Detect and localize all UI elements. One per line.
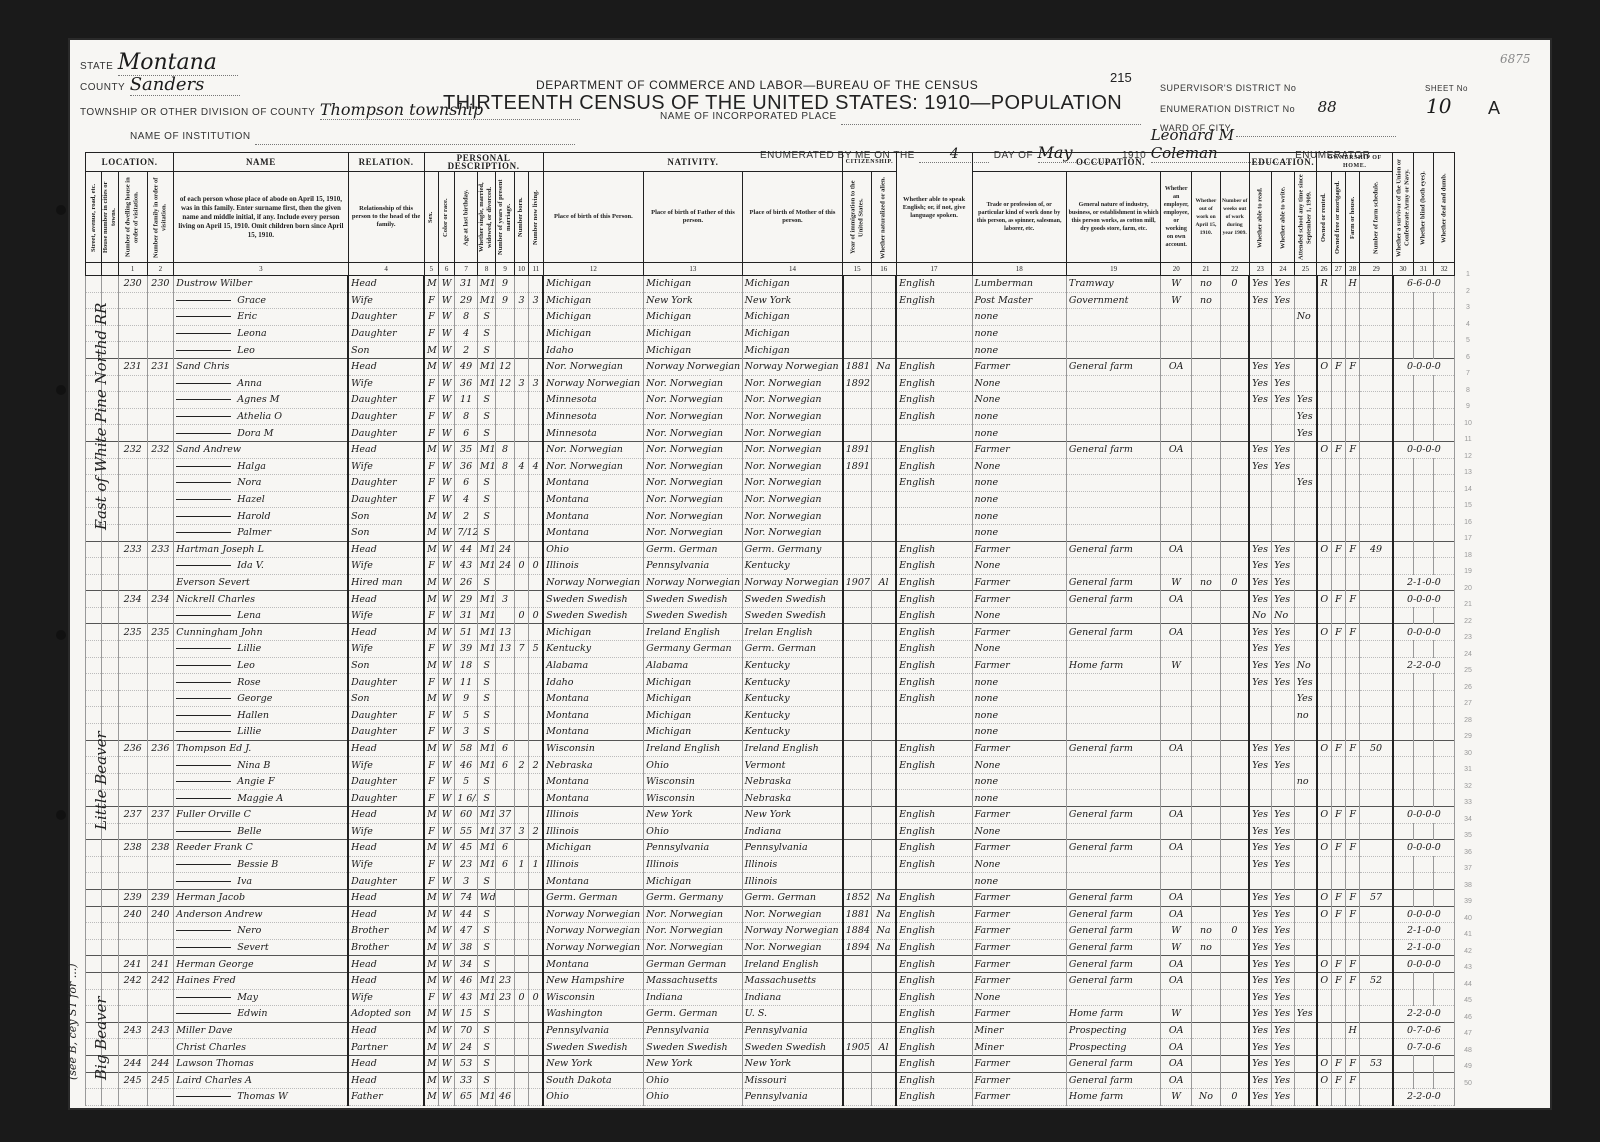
cell-f: [147, 823, 174, 840]
table-row: HallenDaughterFW5SMontanaMichiganKentuck…: [86, 707, 1455, 724]
cell-imm: [843, 508, 872, 525]
table-row: Christ CharlesPartnerMW24SSweden Swedish…: [86, 1039, 1455, 1056]
cell-nat: [871, 392, 896, 409]
cell-oow: [1192, 1039, 1221, 1056]
incorporated-place-field: NAME OF INCORPORATED PLACE: [660, 106, 1141, 125]
cell-ind: Home farm: [1066, 657, 1160, 674]
cell-ind: [1066, 724, 1160, 741]
cell-fpob: Sweden Swedish: [644, 591, 743, 608]
cell-mpob: Pennsylvania: [742, 1089, 843, 1106]
cell-oow: [1192, 1072, 1221, 1089]
cell-write: Yes: [1272, 541, 1295, 558]
cell-imm: [843, 325, 872, 342]
cell-sched: [1360, 342, 1393, 359]
cell-sched: [1360, 558, 1393, 575]
cell-yrs: 23: [496, 989, 514, 1006]
cell-age: 44: [455, 541, 478, 558]
cell-fpob: Michigan: [644, 276, 743, 293]
cell-empty: [1413, 773, 1434, 790]
cell-race: W: [438, 823, 454, 840]
cell-emp: W: [1161, 657, 1192, 674]
cell-sex: F: [424, 641, 438, 658]
cell-eng: English: [896, 558, 972, 575]
cell-sched: [1360, 624, 1393, 641]
given-name: Palmer: [237, 527, 271, 538]
cell-name: Agnes M: [174, 392, 348, 409]
cell-yrs: 3: [496, 591, 514, 608]
cell-read: Yes: [1249, 657, 1272, 674]
cell-eng: English: [896, 1072, 972, 1089]
cell-trade: None: [972, 856, 1066, 873]
cell-nat: [871, 1072, 896, 1089]
cell-pob: Illinois: [543, 558, 644, 575]
cell-pob: Michigan: [543, 840, 644, 857]
cell-sch: [1294, 1022, 1317, 1039]
cell-sch: [1294, 574, 1317, 591]
cell-sch: [1294, 325, 1317, 342]
cell-yrs: 12: [496, 358, 514, 375]
cell-fpob: New York: [644, 1055, 743, 1072]
cell-born: [514, 276, 528, 293]
given-name: Lena: [237, 610, 261, 621]
cell-fm: [1331, 574, 1345, 591]
cell-nat: Na: [871, 358, 896, 375]
cell-pob: Sweden Swedish: [543, 1039, 644, 1056]
cell-wks: [1220, 989, 1249, 1006]
cell-d: [118, 641, 147, 658]
cell-ind: [1066, 309, 1160, 326]
cell-ms: S: [477, 408, 495, 425]
cell-trade: none: [972, 342, 1066, 359]
cell-read: Yes: [1249, 840, 1272, 857]
cell-d: [118, 375, 147, 392]
cell-eng: [896, 425, 972, 442]
cell-emp: OA: [1161, 1072, 1192, 1089]
cell-trade: None: [972, 607, 1066, 624]
cell-sex: F: [424, 856, 438, 873]
cell-read: Yes: [1249, 276, 1272, 293]
cell-eng: English: [896, 475, 972, 492]
cell-oow: No: [1192, 1089, 1221, 1106]
cell-mpob: Sweden Swedish: [742, 607, 843, 624]
cell-name: Leo: [174, 657, 348, 674]
line-number: 6: [1457, 350, 1479, 367]
cell-fm: F: [1331, 1055, 1345, 1072]
cell-imm: [843, 342, 872, 359]
line-number: 14: [1457, 482, 1479, 499]
cell-empty: [1434, 889, 1455, 906]
cell-name: Anderson Andrew: [174, 906, 348, 923]
cell-imm: [843, 475, 872, 492]
cell-ms: M1: [477, 740, 495, 757]
state-field: STATE Montana: [80, 50, 238, 76]
cell-living: [529, 342, 543, 359]
cell-rel: Son: [348, 690, 424, 707]
given-name: Ida V.: [237, 560, 264, 571]
line-number: 27: [1457, 696, 1479, 713]
cell-mpob: Kentucky: [742, 690, 843, 707]
cell-rel: Wife: [348, 989, 424, 1006]
cell-empty: [86, 624, 102, 641]
cell-living: [529, 1022, 543, 1039]
cell-eng: English: [896, 939, 972, 956]
line-number: 15: [1457, 498, 1479, 515]
cell-empty: [1393, 309, 1414, 326]
group-location: LOCATION.: [86, 153, 174, 172]
table-row: 230230Dustrow WilberHeadMW31M19MichiganM…: [86, 276, 1455, 293]
line-number: 24: [1457, 647, 1479, 664]
column-number: 16: [871, 263, 896, 276]
cell-d: 233: [118, 541, 147, 558]
cell-sch: [1294, 873, 1317, 890]
cell-write: Yes: [1272, 1022, 1295, 1039]
cell-age: 55: [455, 823, 478, 840]
cell-f: 230: [147, 276, 174, 293]
cell-yrs: 46: [496, 1089, 514, 1106]
cell-read: Yes: [1249, 1006, 1272, 1023]
given-name: Leo: [237, 345, 255, 356]
cell-d: [118, 325, 147, 342]
cell-age: 2: [455, 342, 478, 359]
cell-ind: Government: [1066, 292, 1160, 309]
cell-imm: [843, 1055, 872, 1072]
cell-mpob: U. S.: [742, 1006, 843, 1023]
col-write-header: Whether able to write.: [1272, 172, 1295, 263]
line-number: 2: [1457, 284, 1479, 301]
cell-empty: [1413, 740, 1434, 757]
cell-ms: S: [477, 939, 495, 956]
cell-sex: M: [424, 923, 438, 940]
given-name: Halga: [237, 461, 266, 472]
cell-trade: none: [972, 707, 1066, 724]
cell-imm: [843, 591, 872, 608]
cell-fh: [1346, 508, 1360, 525]
cell-f: [147, 524, 174, 541]
cell-f: [147, 790, 174, 807]
cell-fpob: Ohio: [644, 1072, 743, 1089]
cell-empty: [1413, 392, 1434, 409]
cell-fm: F: [1331, 972, 1345, 989]
cell-f: 236: [147, 740, 174, 757]
cell-trade: Farmer: [972, 807, 1066, 824]
cell-wks: [1220, 358, 1249, 375]
cell-nat: [871, 989, 896, 1006]
cell-sch: [1294, 508, 1317, 525]
cell-sched: [1360, 657, 1393, 674]
cell-born: [514, 939, 528, 956]
cell-mpob: Kentucky: [742, 674, 843, 691]
cell-d: 230: [118, 276, 147, 293]
ward-field: WARD OF CITY: [1160, 118, 1396, 137]
cell-name: Nero: [174, 923, 348, 940]
cell-mpob: Germ. German: [742, 889, 843, 906]
cell-pob: Norway Norwegian: [543, 939, 644, 956]
table-row: LenaWifeFW31M100Sweden SwedishSweden Swe…: [86, 607, 1455, 624]
cell-sex: M: [424, 524, 438, 541]
cell-own: [1317, 790, 1331, 807]
cell-d: 241: [118, 956, 147, 973]
cell-oow: [1192, 757, 1221, 774]
corner-note: 6875: [1500, 52, 1531, 66]
cell-oow: [1192, 1055, 1221, 1072]
cell-born: [514, 724, 528, 741]
cell-trade: Farmer: [972, 956, 1066, 973]
cell-wks: [1220, 674, 1249, 691]
given-name: Leo: [237, 660, 255, 671]
cell-trade: Farmer: [972, 591, 1066, 608]
cell-name: Athelia O: [174, 408, 348, 425]
cell-ms: S: [477, 508, 495, 525]
cell-sched: [1360, 458, 1393, 475]
cell-fpob: Michigan: [644, 690, 743, 707]
cell-pob: Norway Norwegian: [543, 375, 644, 392]
cell-born: [514, 491, 528, 508]
cell-age: 31: [455, 607, 478, 624]
cell-fm: F: [1331, 441, 1345, 458]
cell-eng: English: [896, 889, 972, 906]
cell-living: [529, 773, 543, 790]
group-name: NAME: [174, 153, 348, 172]
cell-fh: F: [1346, 358, 1360, 375]
cell-wks: [1220, 408, 1249, 425]
cell-fh: [1346, 292, 1360, 309]
cell-empty: [1434, 392, 1455, 409]
cell-empty: [102, 840, 118, 857]
cell-write: Yes: [1272, 923, 1295, 940]
cell-fh: [1346, 408, 1360, 425]
cell-write: [1272, 475, 1295, 492]
cell-age: 31: [455, 276, 478, 293]
cell-rel: Head: [348, 956, 424, 973]
cell-ind: [1066, 491, 1160, 508]
cell-oow: [1192, 624, 1221, 641]
cell-name: Harold: [174, 508, 348, 525]
cell-pob: Nebraska: [543, 757, 644, 774]
cell-trade: None: [972, 989, 1066, 1006]
cell-f: 232: [147, 441, 174, 458]
cell-pob: Idaho: [543, 342, 644, 359]
cell-rel: Daughter: [348, 325, 424, 342]
cell-fm: [1331, 657, 1345, 674]
cell-eng: English: [896, 1006, 972, 1023]
cell-ind: Prospecting: [1066, 1039, 1160, 1056]
cell-sex: F: [424, 873, 438, 890]
cell-sch: No: [1294, 657, 1317, 674]
cell-yrs: 13: [496, 624, 514, 641]
cell-empty: [1413, 724, 1434, 741]
line-number: 33: [1457, 795, 1479, 812]
cell-sched: [1360, 591, 1393, 608]
cell-ind: [1066, 342, 1160, 359]
cell-read: Yes: [1249, 757, 1272, 774]
cell-empty: [1413, 375, 1434, 392]
cell-born: 4: [514, 458, 528, 475]
cell-read: Yes: [1249, 292, 1272, 309]
cell-sched: [1360, 807, 1393, 824]
cell-fm: F: [1331, 591, 1345, 608]
cell-sex: M: [424, 690, 438, 707]
cell-nat: [871, 674, 896, 691]
cell-sex: M: [424, 807, 438, 824]
cell-empty: [86, 607, 102, 624]
cell-yrs: [496, 508, 514, 525]
cell-wks: [1220, 972, 1249, 989]
cell-d: [118, 574, 147, 591]
cell-sch: [1294, 524, 1317, 541]
given-name: Lillie: [237, 726, 261, 737]
side-note-big-beaver: Big Beaver: [92, 970, 110, 1080]
cell-d: [118, 773, 147, 790]
cell-empty: [1393, 408, 1414, 425]
cell-empty: [1413, 823, 1434, 840]
cell-empty: [102, 939, 118, 956]
cell-f: 243: [147, 1022, 174, 1039]
cell-eng: [896, 724, 972, 741]
cell-fpob: Wisconsin: [644, 790, 743, 807]
cell-sex: F: [424, 425, 438, 442]
cell-own: [1317, 724, 1331, 741]
cell-fm: [1331, 724, 1345, 741]
cell-race: W: [438, 1022, 454, 1039]
cell-fh: [1346, 309, 1360, 326]
line-number: 44: [1457, 977, 1479, 994]
cell-ind: [1066, 989, 1160, 1006]
cell-ms: M1: [477, 358, 495, 375]
cell-ind: General farm: [1066, 889, 1160, 906]
cell-race: W: [438, 458, 454, 475]
cell-living: [529, 923, 543, 940]
cell-write: Yes: [1272, 972, 1295, 989]
cell-sch: [1294, 375, 1317, 392]
cell-sch: [1294, 923, 1317, 940]
cell-imm: 1905: [843, 1039, 872, 1056]
cell-living: [529, 889, 543, 906]
cell-imm: 1881: [843, 358, 872, 375]
cell-nat: [871, 773, 896, 790]
cell-pob: Minnesota: [543, 408, 644, 425]
cell-imm: [843, 1089, 872, 1106]
cell-own: O: [1317, 358, 1331, 375]
cell-living: [529, 1072, 543, 1089]
cell-trade: Lumberman: [972, 276, 1066, 293]
cell-fh: H: [1346, 1022, 1360, 1039]
cell-born: [514, 1039, 528, 1056]
cell-trade: none: [972, 425, 1066, 442]
given-name: Lillie: [237, 643, 261, 654]
cell-sched: [1360, 309, 1393, 326]
state-value: Montana: [118, 50, 238, 76]
cell-trade: Farmer: [972, 441, 1066, 458]
cell-sched: 52: [1360, 972, 1393, 989]
cell-yrs: 6: [496, 740, 514, 757]
col-weeks-out-header: Number of weeks out of work during year …: [1220, 172, 1249, 263]
cell-empty: [1434, 707, 1455, 724]
cell-oow: [1192, 358, 1221, 375]
cell-living: [529, 309, 543, 326]
cell-own: [1317, 375, 1331, 392]
cell-trade: none: [972, 873, 1066, 890]
cell-race: W: [438, 972, 454, 989]
cell-oow: no: [1192, 923, 1221, 940]
cell-ind: [1066, 408, 1160, 425]
cell-ms: M1: [477, 276, 495, 293]
table-row: 236236Thompson Ed J.HeadMW58M16Wisconsin…: [86, 740, 1455, 757]
cell-pob: Michigan: [543, 276, 644, 293]
cell-ms: S: [477, 873, 495, 890]
cell-imm: 1881: [843, 906, 872, 923]
cell-born: [514, 441, 528, 458]
cell-rel: Father: [348, 1089, 424, 1106]
cell-name: Dora M: [174, 425, 348, 442]
cell-sched: [1360, 392, 1393, 409]
column-number: 5: [424, 263, 438, 276]
cell-mpob: Nor. Norwegian: [742, 524, 843, 541]
cell-pob: Montana: [543, 956, 644, 973]
cell-living: [529, 1055, 543, 1072]
col-out-of-work-header: Whether out of work on April 15, 1910.: [1192, 172, 1221, 263]
cell-f: [147, 1039, 174, 1056]
cell-imm: [843, 524, 872, 541]
cell-mpob: Michigan: [742, 325, 843, 342]
cell-mpob: Nor. Norwegian: [742, 508, 843, 525]
cell-f: [147, 607, 174, 624]
ward-label: WARD OF CITY: [1160, 123, 1231, 133]
cell-nat: [871, 1055, 896, 1072]
cell-imm: [843, 541, 872, 558]
cell-yrs: [496, 790, 514, 807]
cell-sched: [1360, 939, 1393, 956]
cell-imm: [843, 956, 872, 973]
cell-empty: [1393, 823, 1414, 840]
cell-age: 45: [455, 840, 478, 857]
cell-own: [1317, 773, 1331, 790]
cell-name: Severt: [174, 939, 348, 956]
table-row: AnnaWifeFW36M11233Norway NorwegianNor. N…: [86, 375, 1455, 392]
cell-mpob: Missouri: [742, 1072, 843, 1089]
cell-born: 0: [514, 989, 528, 1006]
cell-fm: [1331, 1022, 1345, 1039]
cell-oow: [1192, 441, 1221, 458]
cell-ind: [1066, 375, 1160, 392]
cell-fh: [1346, 1039, 1360, 1056]
cell-d: [118, 508, 147, 525]
cell-ms: M1: [477, 624, 495, 641]
cell-f: [147, 923, 174, 940]
line-number: 20: [1457, 581, 1479, 598]
cell-sex: M: [424, 840, 438, 857]
cell-d: 234: [118, 591, 147, 608]
cell-sched: [1360, 840, 1393, 857]
column-number: 15: [843, 263, 872, 276]
institution-field: NAME OF INSTITUTION: [130, 126, 575, 145]
cell-mpob: Michigan: [742, 276, 843, 293]
cell-trade: None: [972, 458, 1066, 475]
cell-sex: F: [424, 292, 438, 309]
cell-emp: OA: [1161, 889, 1192, 906]
cell-sched: [1360, 325, 1393, 342]
cell-fh: [1346, 574, 1360, 591]
cell-fm: [1331, 458, 1345, 475]
cell-age: 58: [455, 740, 478, 757]
cell-write: [1272, 425, 1295, 442]
cell-name: May: [174, 989, 348, 1006]
cell-fh: [1346, 607, 1360, 624]
given-name: Thomas W: [237, 1091, 288, 1102]
cell-fm: [1331, 276, 1345, 293]
table-row: Ida V.WifeFW43M12400IllinoisPennsylvania…: [86, 558, 1455, 575]
cell-empty: [86, 889, 102, 906]
col-farm-schedule-header: Number of farm schedule.: [1360, 172, 1393, 263]
